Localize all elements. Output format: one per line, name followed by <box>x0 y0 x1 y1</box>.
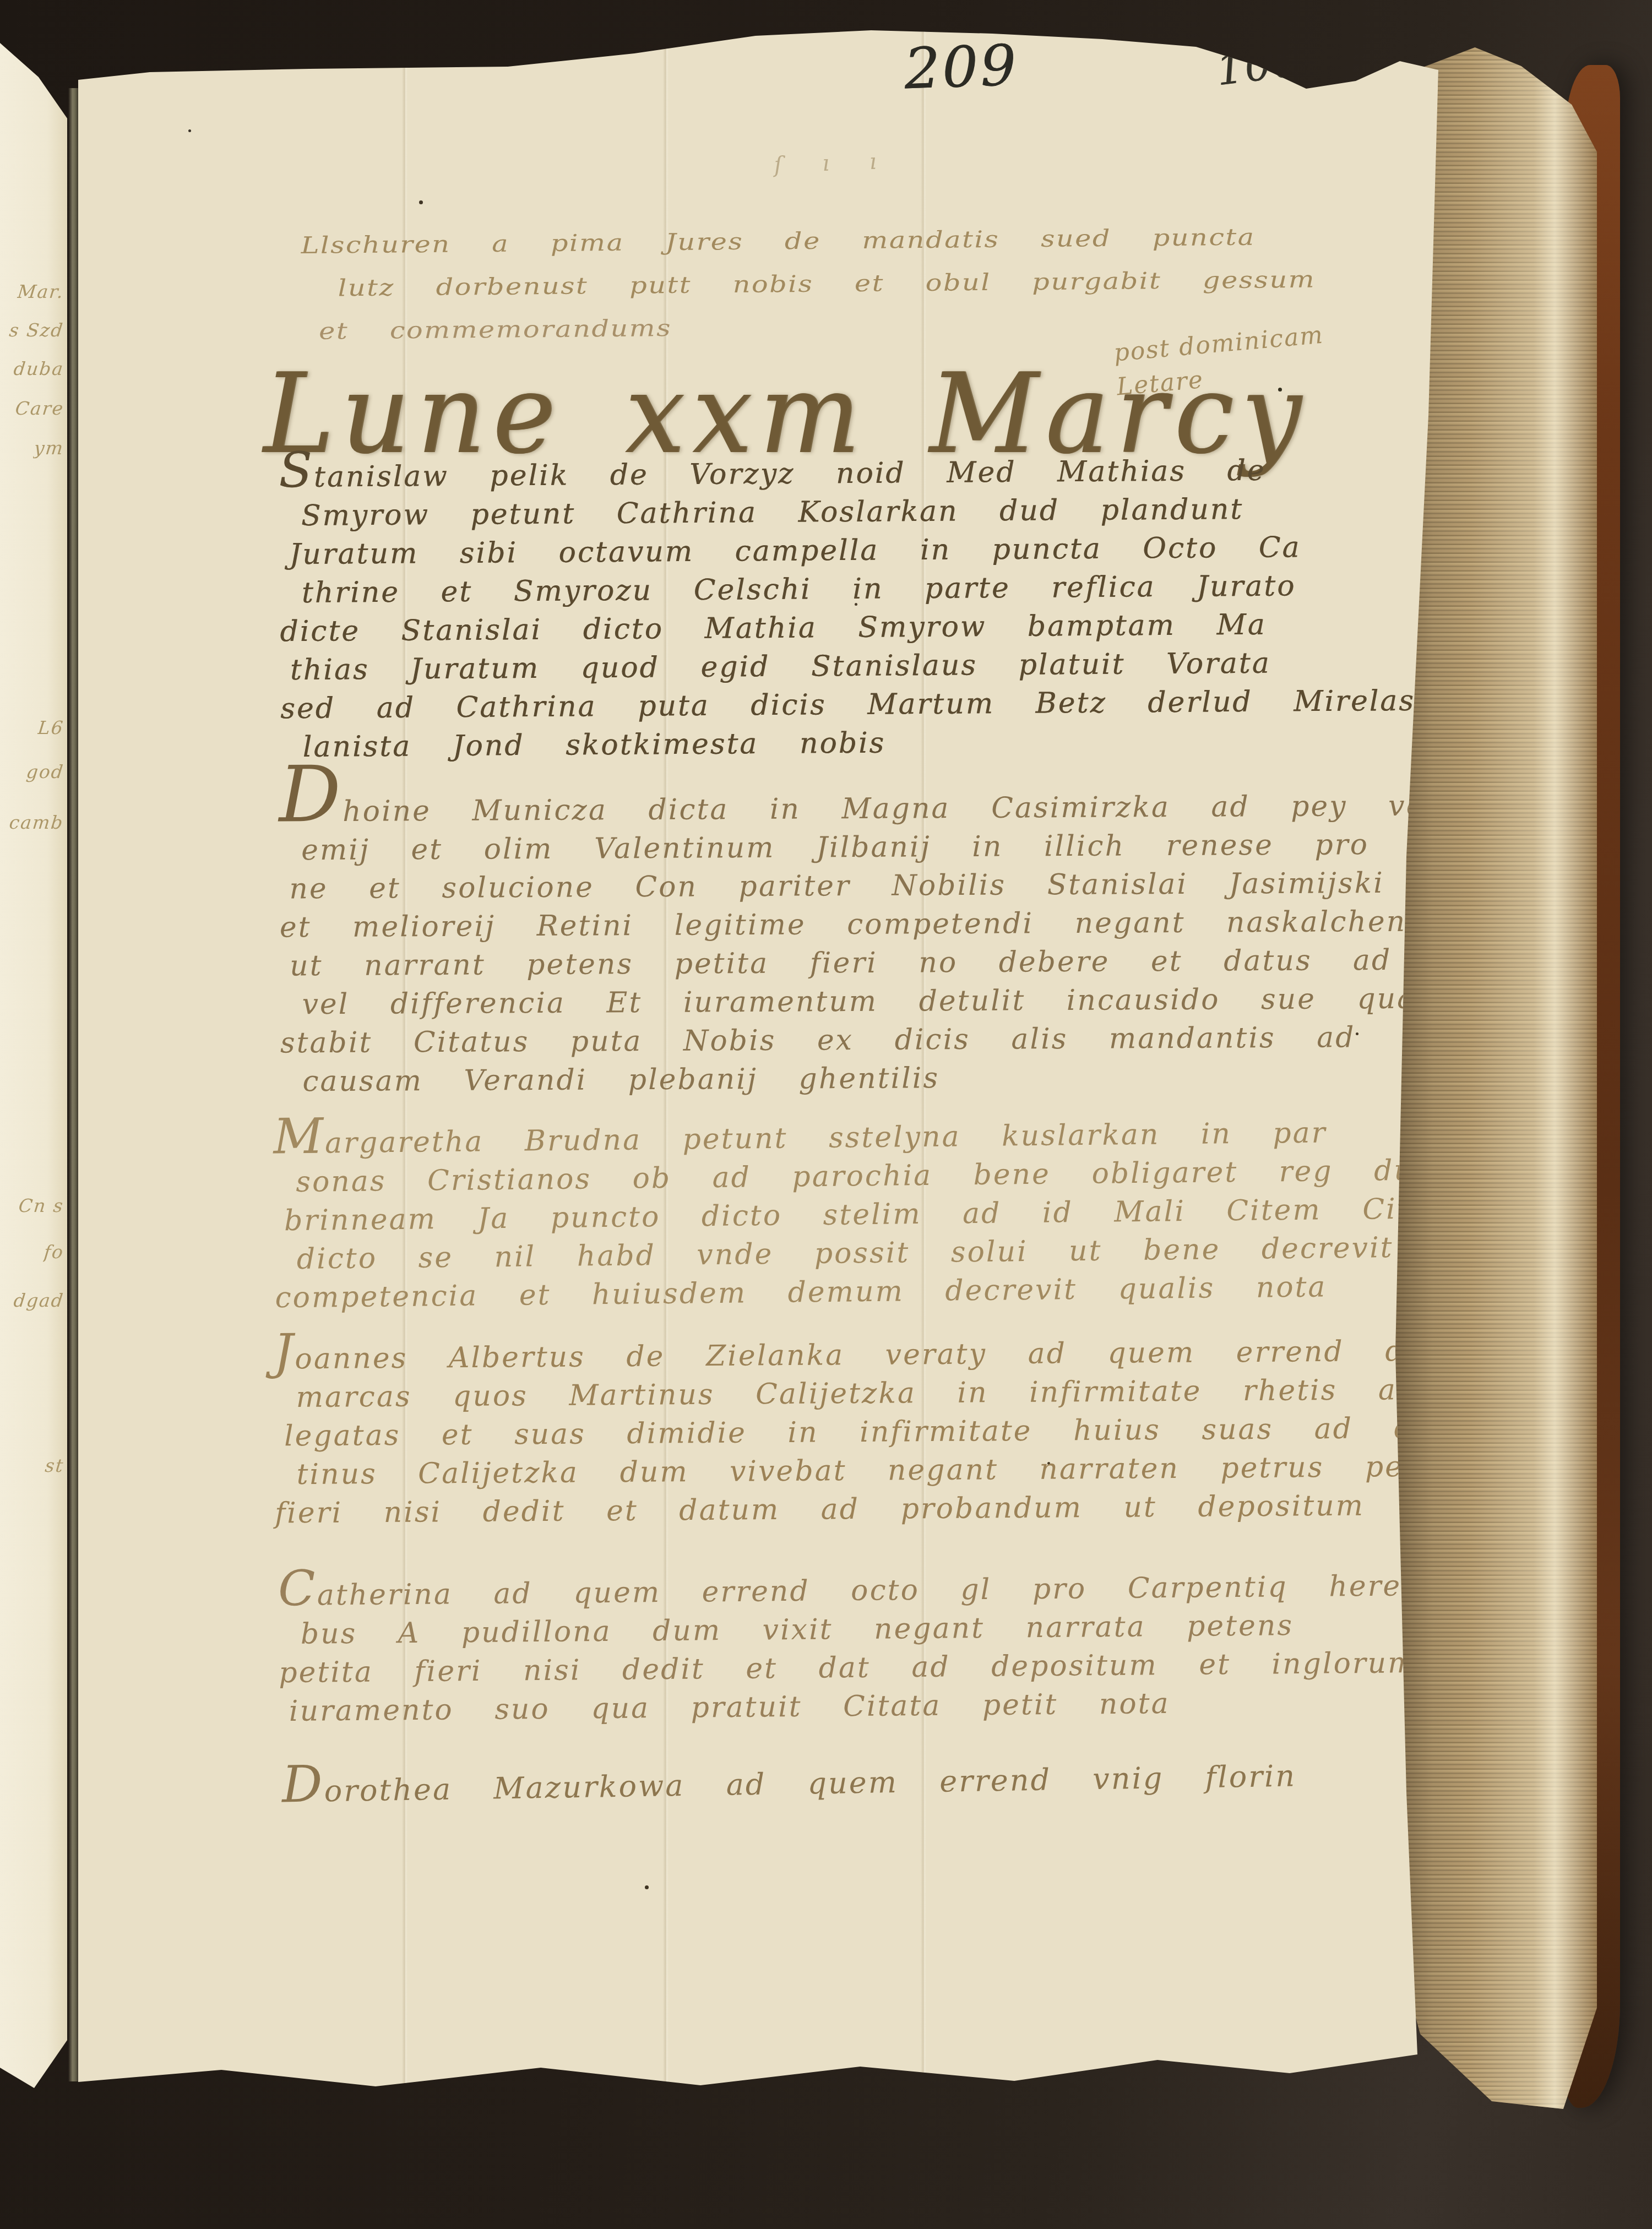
manuscript-line: lanista Jond skotkimesta nobis <box>302 720 1415 766</box>
manuscript-line: lutz dorbenust putt nobis et obul purgab… <box>338 258 1316 310</box>
facing-page-edge: Mar. s Szd duba Care ym L6 god camb Cn s… <box>0 28 67 2103</box>
facing-page-text-fragment: Mar. <box>17 281 65 302</box>
facing-page-text-fragment: L6 <box>37 717 65 738</box>
paper-specks <box>188 129 191 132</box>
folio-number-center: 209 <box>903 32 1019 102</box>
facing-page-text-fragment: camb <box>8 812 65 833</box>
register-entry: Margaretha Brudna petunt sstelyna kuslar… <box>273 1112 1471 1318</box>
manuscript-line: Stanislaw pelik de Vorzyz noid Med Mathi… <box>279 450 1414 497</box>
open-book-scan: Mar. s Szd duba Care ym L6 god camb Cn s… <box>0 0 1652 2229</box>
manuscript-page: ſ ı ı 209 106. Llschuren a pima Jures de… <box>78 30 1438 2106</box>
manuscript-line: Dorothea Mazurkowa ad quem errend vnig f… <box>282 1757 1297 1812</box>
facing-page-text-fragment: dgad <box>13 1290 65 1311</box>
register-entry: Stanislaw pelik de Vorzyz noid Med Mathi… <box>279 450 1416 766</box>
folio-number-right: 106. <box>1213 34 1318 95</box>
register-entry: Catherina ad quem errend octo gl pro Car… <box>278 1565 1559 1731</box>
facing-page-text-fragment: s Szd <box>8 319 65 341</box>
manuscript-line: sed ad Cathrina puta dicis Martum Betz d… <box>280 682 1415 728</box>
facing-page-text-fragment: Care <box>14 398 65 419</box>
facing-page-text-fragment: fo <box>43 1241 65 1263</box>
faint-pen-marks: ſ ı ı <box>774 148 893 178</box>
facing-page-text-fragment: god <box>25 761 65 782</box>
facing-page-text-fragment: Cn s <box>18 1195 65 1216</box>
facing-page-text-fragment: st <box>44 1455 65 1476</box>
facing-page-text-fragment: ym <box>33 437 65 459</box>
facing-page-text-fragment: duba <box>13 358 65 379</box>
register-entry: Dorothea Mazurkowa ad quem errend vnig f… <box>282 1757 1297 1812</box>
